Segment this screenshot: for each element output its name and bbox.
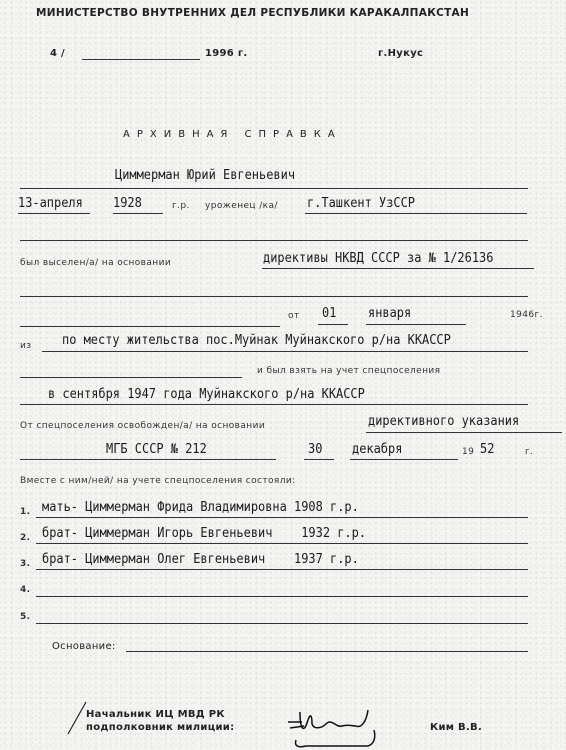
release-month: декабря: [352, 442, 402, 457]
blank-line-4: [20, 377, 242, 378]
ministry-header: МИНИСТЕРСТВО ВНУТРЕННИХ ДЕЛ РЕСПУБЛИКИ К…: [36, 7, 469, 19]
release-year-prefix: 19: [462, 447, 474, 457]
release-year-suffix: 52: [480, 442, 494, 457]
handwritten-signature: [282, 700, 382, 750]
blank-line-1: [20, 240, 528, 241]
deportation-day: 01: [322, 306, 336, 321]
signatory-name: Ким В.В.: [430, 722, 482, 733]
signature-icon: [282, 700, 382, 750]
deportation-place: по месту жительства пос.Муйнак Муйнакско…: [62, 333, 451, 348]
basis-line: [126, 651, 528, 652]
release-day-line: [304, 459, 334, 460]
document-number: 4 /: [50, 48, 65, 59]
date-prefix: от: [288, 311, 300, 321]
name-line: [20, 188, 528, 189]
birth-year-suffix: г.р.: [172, 201, 190, 211]
native-label: уроженец /ка/: [205, 201, 278, 211]
place-line: [42, 351, 528, 352]
birth-place: г.Ташкент УзССР: [307, 196, 415, 211]
release-day: 30: [308, 442, 322, 457]
basis-label: Основание:: [52, 641, 116, 652]
relatives-label: Вместе с ним/ней/ на учете спецпоселения…: [20, 476, 296, 486]
relative-line: [36, 569, 528, 570]
relative-line: [36, 517, 528, 518]
relative-num: 5.: [20, 612, 30, 622]
deportation-month-line: [366, 324, 466, 325]
relative-num: 2.: [20, 533, 30, 543]
relative-line: [36, 596, 528, 597]
release-year-unit: г.: [525, 447, 533, 457]
birth-day-month: 13-апреля: [18, 196, 83, 211]
release-basis-type-line: [366, 432, 562, 433]
blank-line-2: [20, 296, 528, 297]
release-label: От спецпоселения освобожден/а/ на основа…: [20, 421, 265, 431]
relative-line: [36, 543, 528, 544]
signatory-position-line1: Начальник ИЦ МВД РК: [86, 709, 225, 720]
relative-num: 1.: [20, 507, 30, 517]
relative-line: [36, 623, 528, 624]
document-city: г.Нукус: [378, 48, 423, 59]
release-month-line: [350, 459, 458, 460]
number-line: [82, 59, 200, 60]
person-name: Циммерман Юрий Евгеньевич: [115, 168, 295, 183]
release-basis-type: директивного указания: [368, 414, 519, 429]
birth-place-line: [305, 213, 527, 214]
deportation-day-line: [318, 324, 348, 325]
deportation-year: 1946г.: [510, 310, 543, 320]
deportation-basis-line: [262, 268, 534, 269]
registration-line: [20, 404, 528, 405]
deportation-month: января: [368, 306, 411, 321]
relative-item: брат- Циммерман Игорь Евгеньевич 1932 г.…: [42, 526, 366, 541]
blank-line-3: [20, 326, 280, 327]
registration-text: в сентября 1947 года Муйнакского р/на КК…: [48, 387, 365, 402]
relative-item: брат- Циммерман Олег Евгеньевич 1937 г.р…: [42, 552, 359, 567]
signatory-position-line2: подполковник милиции:: [86, 722, 234, 733]
document-year: 1996 г.: [205, 48, 247, 59]
deportation-basis: директивы НКВД СССР за № 1/26136: [263, 251, 493, 266]
deportation-label: был выселен/а/ на основании: [20, 258, 171, 268]
release-basis-line: [20, 459, 276, 460]
birth-year: 1928: [113, 196, 142, 211]
from-label: из: [20, 341, 31, 351]
birth-year-line: [113, 213, 163, 214]
registered-label: и был взять на учет спецпоселения: [257, 366, 440, 376]
slash-mark: [66, 700, 88, 736]
relative-item: мать- Циммерман Фрида Владимировна 1908 …: [42, 500, 359, 515]
relative-num: 3.: [20, 559, 30, 569]
document-title: АРХИВНАЯ СПРАВКА: [123, 129, 342, 140]
release-basis: МГБ СССР № 212: [106, 442, 207, 457]
relative-num: 4.: [20, 585, 30, 595]
birth-day-line: [18, 213, 90, 214]
